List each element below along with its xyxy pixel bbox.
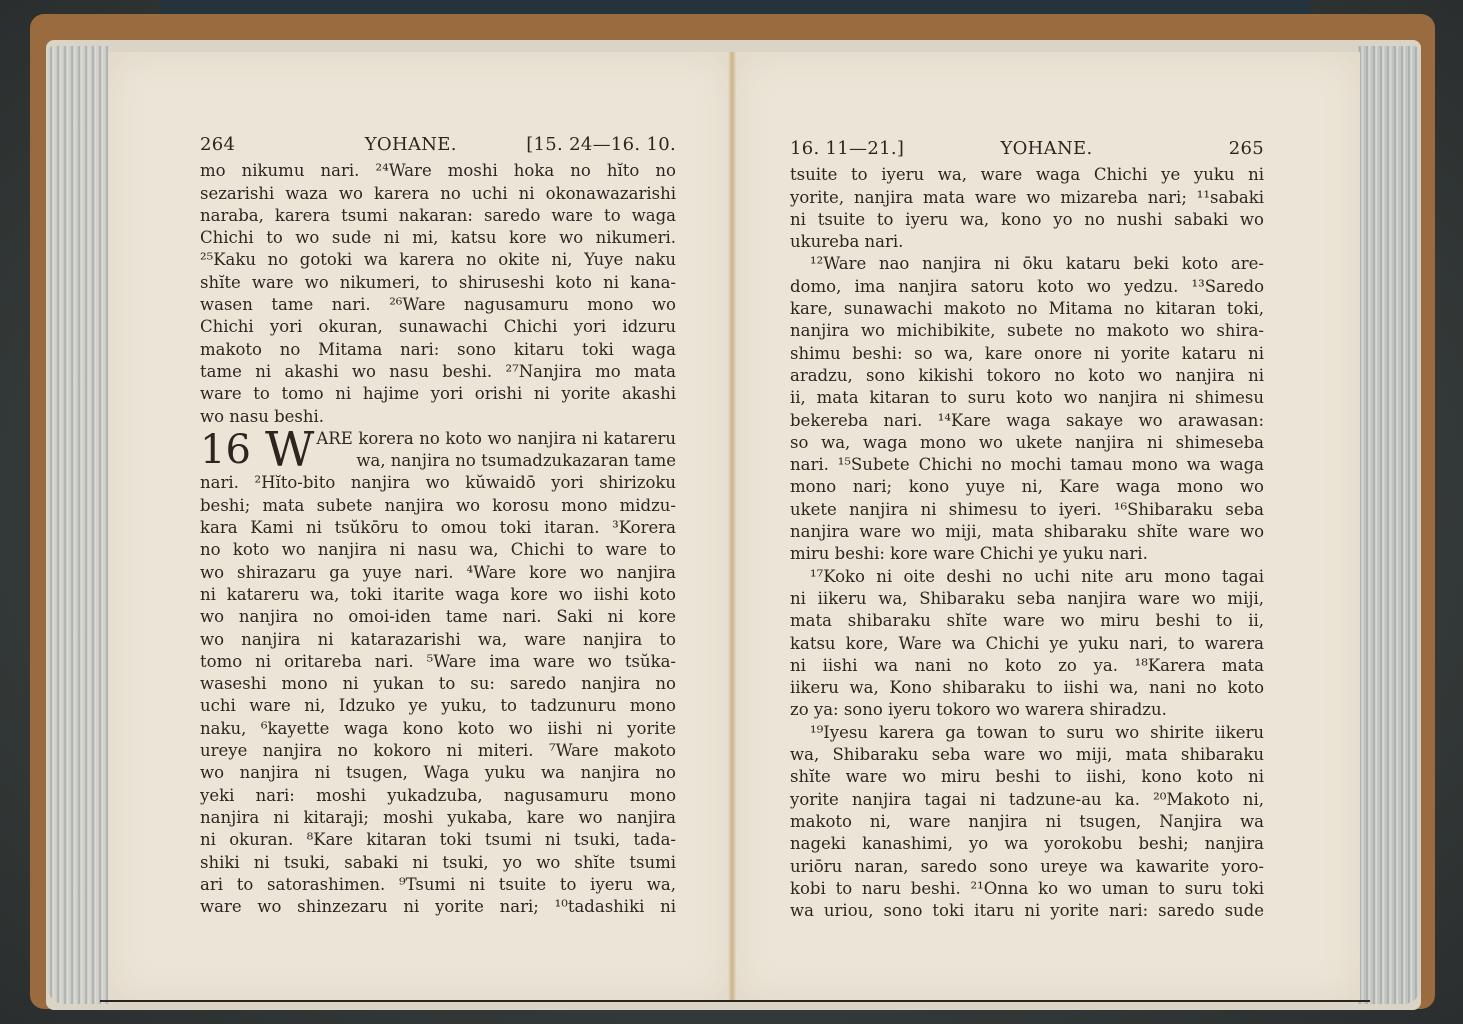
text-line: tsuite to iyeru wa, ware waga Chichi ye … <box>790 164 1264 186</box>
text-line: Chichi yori okuran, sunawachi Chichi yor… <box>200 316 676 338</box>
left-text-before-chapter: mo nikumu nari. ²⁴Ware moshi hoka no hĭt… <box>200 160 676 428</box>
text-line: yeki nari: moshi yukadzuba, nagusamuru m… <box>200 785 676 807</box>
text-line: ni iikeru wa, Shibaraku seba nanjira war… <box>790 588 1264 610</box>
text-line: ari to satorashimen. ⁹Tsumi ni tsuite to… <box>200 874 676 896</box>
text-line: mono nari; kono yuye ni, Kare waga mono … <box>790 476 1264 498</box>
page-edges-right <box>1358 46 1420 1004</box>
text-line: nageki kanashimi, yo wa yorokobu beshi; … <box>790 833 1264 855</box>
text-line: ¹⁹Iyesu karera ga towan to suru wo shiri… <box>790 722 1264 744</box>
text-line: naku, ⁶kayette waga kono koto wo iishi n… <box>200 718 676 740</box>
text-line: wo nanjira no omoi-iden tame nari. Saki … <box>200 606 676 628</box>
right-verse-range: 16. 11—21.] <box>790 138 904 160</box>
text-line: so wa, waga mono wo ukete nanjira ni shi… <box>790 432 1264 454</box>
text-line: ni katareru wa, toki itarite waga kore w… <box>200 584 676 606</box>
text-line: miru beshi: kore ware Chichi ye yuku nar… <box>790 543 1264 565</box>
text-line: bekereba nari. ¹⁴Kare waga sakaye wo ara… <box>790 410 1264 432</box>
text-line: no koto wo nanjira ni nasu wa, Chichi to… <box>200 539 676 561</box>
text-line: wo nanjira ni tsugen, Waga yuku wa nanji… <box>200 762 676 784</box>
text-line: shĭte ware wo nikumeri, to shiruseshi ko… <box>200 272 676 294</box>
text-line: beshi; mata subete nanjira wo korosu mon… <box>200 495 676 517</box>
text-line: wasen tame nari. ²⁶Ware nagusamuru mono … <box>200 294 676 316</box>
text-line: nanjira wo michibikite, subete no makoto… <box>790 320 1264 342</box>
text-line: nari. ²Hĭto-bito nanjira wo kŭwaidō yori… <box>200 472 676 494</box>
text-line: tame ni akashi wo nasu beshi. ²⁷Nanjira … <box>200 361 676 383</box>
right-running-title: YOHANE. <box>1000 138 1092 160</box>
text-line: nanjira ni kitaraji; moshi yukaba, kare … <box>200 807 676 829</box>
drop-cap: W <box>265 428 314 472</box>
left-page-text: 264 YOHANE. [15. 24—16. 10. mo nikumu na… <box>200 134 676 918</box>
text-line: ARE korera no koto wo nanjira ni katarer… <box>316 428 676 450</box>
text-line: ni tsuite to iyeru wa, kono yo no nushi … <box>790 209 1264 231</box>
text-line: mo nikumu nari. ²⁴Ware moshi hoka no hĭt… <box>200 160 676 182</box>
left-verse-range: [15. 24—16. 10. <box>526 134 676 156</box>
text-line: makoto no Mitama nari: sono kitaru toki … <box>200 339 676 361</box>
text-line: waseshi mono ni yukan to su: saredo nanj… <box>200 673 676 695</box>
text-line: domo, ima nanjira satoru koto wo yedzu. … <box>790 276 1264 298</box>
text-line: kobi to naru beshi. ²¹Onna ko wo uman to… <box>790 878 1264 900</box>
page-edges-left <box>48 46 110 1004</box>
text-line: wa, Shibaraku seba ware wo miji, mata sh… <box>790 744 1264 766</box>
text-line: uchi ware ni, Idzuko ye yuku, to tadzunu… <box>200 695 676 717</box>
text-line: uriōru naran, saredo sono ureye wa kawar… <box>790 856 1264 878</box>
text-line: ni iishi wa nani no koto zo ya. ¹⁸Karera… <box>790 655 1264 677</box>
text-line: kara Kami ni tsŭkōru to omou toki itaran… <box>200 517 676 539</box>
text-line: wo shirazaru ga yuye nari. ⁴Ware kore wo… <box>200 562 676 584</box>
text-line: ¹²Ware nao nanjira ni ōku kataru beki ko… <box>790 253 1264 275</box>
text-line: Chichi to wo sude ni mi, katsu kore wo n… <box>200 227 676 249</box>
text-line: ware wo shinzezaru ni yorite nari; ¹⁰tad… <box>200 896 676 918</box>
text-line: shimu beshi: so wa, kare onore ni yorite… <box>790 343 1264 365</box>
right-text-body: tsuite to iyeru wa, ware waga Chichi ye … <box>790 164 1264 922</box>
text-line: mata shibaraku shĭte ware wo miru beshi … <box>790 610 1264 632</box>
right-page-number: 265 <box>1229 138 1264 160</box>
page-bottom-edge <box>100 1000 1370 1002</box>
left-page-number: 264 <box>200 134 235 156</box>
text-line: aradzu, sono kikishi tokoro no koto wo n… <box>790 365 1264 387</box>
text-line: wo nanjira ni katarazarishi wa, ware nan… <box>200 629 676 651</box>
text-line: zo ya: sono iyeru tokoro wo warera shira… <box>790 699 1264 721</box>
text-line: sezarishi waza wo karera no uchi ni okon… <box>200 183 676 205</box>
text-line: makoto ni, ware nanjira ni tsugen, Nanji… <box>790 811 1264 833</box>
text-line: ureye nanjira no kokoro ni miteri. ⁷Ware… <box>200 740 676 762</box>
text-line: nari. ¹⁵Subete Chichi no mochi tamau mon… <box>790 454 1264 476</box>
chapter-number: 16 <box>200 428 265 472</box>
book-gutter <box>728 52 736 1002</box>
text-line: ¹⁷Koko ni oite deshi no uchi nite aru mo… <box>790 566 1264 588</box>
chapter-16-opening: 16 W ARE korera no koto wo nanjira ni ka… <box>200 428 676 473</box>
right-page-text: 16. 11—21.] YOHANE. 265 tsuite to iyeru … <box>790 138 1264 922</box>
text-line: tomo ni oritareba nari. ⁵Ware ima ware w… <box>200 651 676 673</box>
text-line: yorite nanjira tagai ni tadzune-au ka. ²… <box>790 789 1264 811</box>
text-line: ni okuran. ⁸Kare kitaran toki tsumi ni t… <box>200 829 676 851</box>
text-line: kare, sunawachi makoto no Mitama no kita… <box>790 298 1264 320</box>
text-line: naraba, karera tsumi nakaran: saredo war… <box>200 205 676 227</box>
right-running-head: 16. 11—21.] YOHANE. 265 <box>790 138 1264 160</box>
left-text-after-chapter: nari. ²Hĭto-bito nanjira wo kŭwaidō yori… <box>200 472 676 918</box>
text-line: shĭte ware wo miru beshi to iishi, kono … <box>790 766 1264 788</box>
left-running-head: 264 YOHANE. [15. 24—16. 10. <box>200 134 676 156</box>
left-running-title: YOHANE. <box>365 134 457 156</box>
chapter-first-lines: ARE korera no koto wo nanjira ni katarer… <box>316 428 676 473</box>
text-line: ware to tomo ni hajime yori orishi ni yo… <box>200 383 676 405</box>
text-line: ukureba nari. <box>790 231 1264 253</box>
text-line: katsu kore, Ware wa Chichi ye yuku nari,… <box>790 633 1264 655</box>
text-line: ii, mata kitaran to suru koto wo nanjira… <box>790 387 1264 409</box>
text-line: ukete nanjira ni shimesu to iyeri. ¹⁶Shi… <box>790 499 1264 521</box>
text-line: shiki ni tsuki, sabaki ni tsuki, yo wo s… <box>200 852 676 874</box>
text-line: yorite, nanjira mata ware wo mizareba na… <box>790 187 1264 209</box>
text-line: wa uriou, sono toki itaru ni yorite nari… <box>790 900 1264 922</box>
text-line: iikeru wa, Kono shibaraku to iishi wa, n… <box>790 677 1264 699</box>
text-line: ²⁵Kaku no gotoki wa karera no okite ni, … <box>200 249 676 271</box>
text-line: nanjira ware wo miji, mata shibaraku shĭ… <box>790 521 1264 543</box>
text-line: wa, nanjira no tsumadzukazaran tame <box>316 450 676 472</box>
